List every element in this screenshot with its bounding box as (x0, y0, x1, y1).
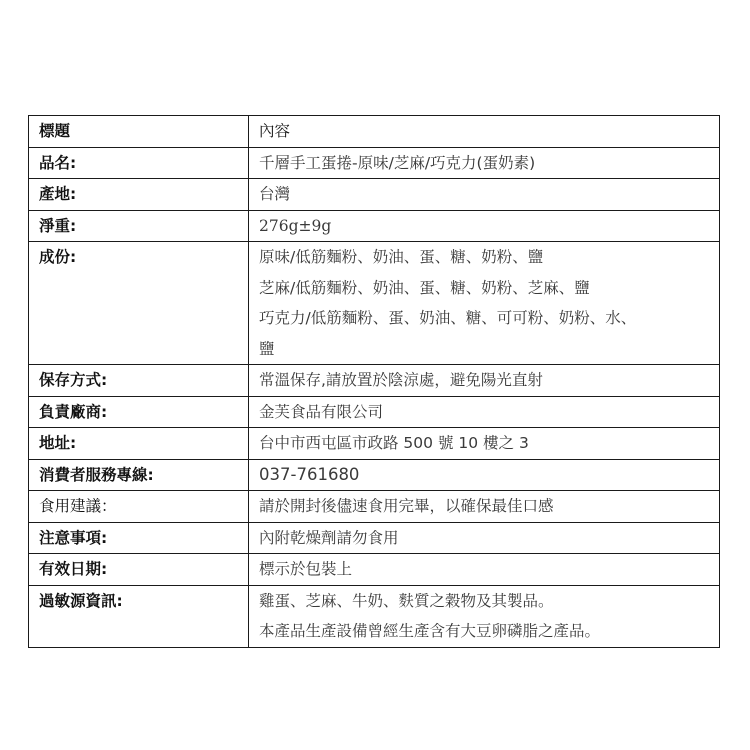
product-spec-table: 標題 內容 品名: 千層手工蛋捲-原味/芝麻/巧克力(蛋奶素) 產地: 台灣 淨… (28, 115, 720, 648)
row-label: 保存方式: (29, 365, 249, 397)
value-line: 千層手工蛋捲-原味/芝麻/巧克力(蛋奶素) (259, 148, 719, 179)
table-row-customer-service: 消費者服務專線: 037-761680 (29, 459, 720, 491)
header-label-cell: 標題 (29, 116, 249, 148)
value-line: 常溫保存,請放置於陰涼處，避免陽光直射 (259, 365, 719, 396)
table-row-manufacturer: 負責廠商: 金芙食品有限公司 (29, 396, 720, 428)
table-row-address: 地址: 台中市西屯區市政路 500 號 10 樓之 3 (29, 428, 720, 460)
header-value-cell: 內容 (249, 116, 720, 148)
table-row-product-name: 品名: 千層手工蛋捲-原味/芝麻/巧克力(蛋奶素) (29, 147, 720, 179)
row-label: 淨重: (29, 210, 249, 242)
row-value: 原味/低筋麵粉、奶油、蛋、糖、奶粉、鹽 芝麻/低筋麵粉、奶油、蛋、糖、奶粉、芝麻… (249, 242, 720, 365)
value-line: 巧克力/低筋麵粉、蛋、奶油、糖、可可粉、奶粉、水、 (259, 303, 719, 334)
value-line: 金芙食品有限公司 (259, 397, 719, 428)
value-line: 標示於包裝上 (259, 554, 719, 585)
row-value: 常溫保存,請放置於陰涼處，避免陽光直射 (249, 365, 720, 397)
row-value: 台灣 (249, 179, 720, 211)
row-value: 千層手工蛋捲-原味/芝麻/巧克力(蛋奶素) (249, 147, 720, 179)
value-line: 請於開封後儘速食用完畢，以確保最佳口感 (259, 491, 719, 522)
value-line: 276g±9g (259, 211, 719, 242)
table-row-net-weight: 淨重: 276g±9g (29, 210, 720, 242)
row-value: 請於開封後儘速食用完畢，以確保最佳口感 (249, 491, 720, 523)
table-row-allergen-info: 過敏源資訊: 雞蛋、芝麻、牛奶、麩質之穀物及其製品。 本產品生產設備曾經生產含有… (29, 585, 720, 647)
row-label: 食用建議： (29, 491, 249, 523)
table-row-ingredients: 成份: 原味/低筋麵粉、奶油、蛋、糖、奶粉、鹽 芝麻/低筋麵粉、奶油、蛋、糖、奶… (29, 242, 720, 365)
row-label: 品名: (29, 147, 249, 179)
row-value: 台中市西屯區市政路 500 號 10 樓之 3 (249, 428, 720, 460)
value-line: 台灣 (259, 179, 719, 210)
row-label: 產地: (29, 179, 249, 211)
table-row-storage: 保存方式: 常溫保存,請放置於陰涼處，避免陽光直射 (29, 365, 720, 397)
value-line: 雞蛋、芝麻、牛奶、麩質之穀物及其製品。 (259, 586, 719, 617)
row-value: 037-761680 (249, 459, 720, 491)
row-label: 消費者服務專線: (29, 459, 249, 491)
table-row-origin: 產地: 台灣 (29, 179, 720, 211)
row-value: 標示於包裝上 (249, 554, 720, 586)
table-header-row: 標題 內容 (29, 116, 720, 148)
row-label: 有效日期: (29, 554, 249, 586)
value-line: 內附乾燥劑請勿食用 (259, 523, 719, 554)
value-line: 芝麻/低筋麵粉、奶油、蛋、糖、奶粉、芝麻、鹽 (259, 273, 719, 304)
value-line: 鹽 (259, 334, 719, 365)
row-label: 地址: (29, 428, 249, 460)
row-value: 內附乾燥劑請勿食用 (249, 522, 720, 554)
table-row-notes: 注意事項: 內附乾燥劑請勿食用 (29, 522, 720, 554)
value-line: 本產品生產設備曾經生產含有大豆卵磷脂之產品。 (259, 616, 719, 647)
table-row-expiry-date: 有效日期: 標示於包裝上 (29, 554, 720, 586)
row-label: 負責廠商: (29, 396, 249, 428)
value-line: 原味/低筋麵粉、奶油、蛋、糖、奶粉、鹽 (259, 242, 719, 273)
value-line: 台中市西屯區市政路 500 號 10 樓之 3 (259, 428, 719, 459)
row-value: 金芙食品有限公司 (249, 396, 720, 428)
row-value: 276g±9g (249, 210, 720, 242)
row-value: 雞蛋、芝麻、牛奶、麩質之穀物及其製品。 本產品生產設備曾經生產含有大豆卵磷脂之產… (249, 585, 720, 647)
row-label: 成份: (29, 242, 249, 365)
table-row-consumption-advice: 食用建議： 請於開封後儘速食用完畢，以確保最佳口感 (29, 491, 720, 523)
row-label: 過敏源資訊: (29, 585, 249, 647)
phone-number: 037-761680 (259, 460, 719, 491)
row-label: 注意事項: (29, 522, 249, 554)
